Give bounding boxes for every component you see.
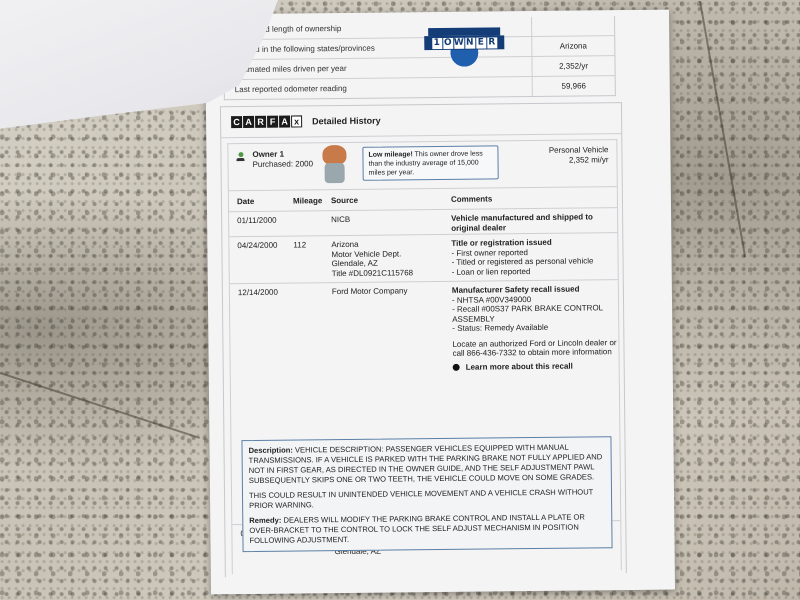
recall-details-panel: Description: VEHICLE DESCRIPTION: PASSEN… [241, 436, 612, 552]
ownership-summary-table: Estimated length of ownership Owned in t… [223, 16, 616, 100]
collapse-toggle-icon [453, 364, 460, 371]
summary-row: Last reported odometer reading 59,966 [225, 75, 615, 99]
owner-purchased: Purchased: 2000 [253, 159, 314, 169]
owner-header: Owner 1 Purchased: 2000 Low mileage! Thi… [228, 140, 616, 191]
owner-1-block: Owner 1 Purchased: 2000 Low mileage! Thi… [227, 139, 621, 574]
summary-row: Estimated miles driven per year 2,352/yr [224, 55, 614, 79]
section-title: Detailed History [312, 116, 381, 127]
learn-more-recall-link[interactable]: Learn more about this recall [453, 361, 619, 372]
carfax-logo: C A R F A x [231, 115, 302, 128]
badge-word: 1 O W N E R [424, 35, 504, 50]
summary-row: Owned in the following states/provinces … [224, 35, 614, 59]
owner-name: Owner 1 [252, 150, 284, 159]
carfox-mascot-icon [318, 145, 354, 185]
history-header: C A R F A x Detailed History [221, 103, 621, 138]
carfax-report-page: Estimated length of ownership Owned in t… [205, 10, 675, 595]
vehicle-type: Personal Vehicle 2,352 mi/yr [549, 145, 609, 166]
one-owner-badge: 1 O W N E R [424, 27, 504, 68]
low-mileage-callout: Low mileage! This owner drove less than … [362, 145, 498, 180]
person-icon [236, 152, 244, 162]
table-row: 04/24/2000 112 Arizona Motor Vehicle Dep… [229, 233, 617, 284]
detailed-history-section: C A R F A x Detailed History Owner 1 Pur… [220, 102, 627, 577]
